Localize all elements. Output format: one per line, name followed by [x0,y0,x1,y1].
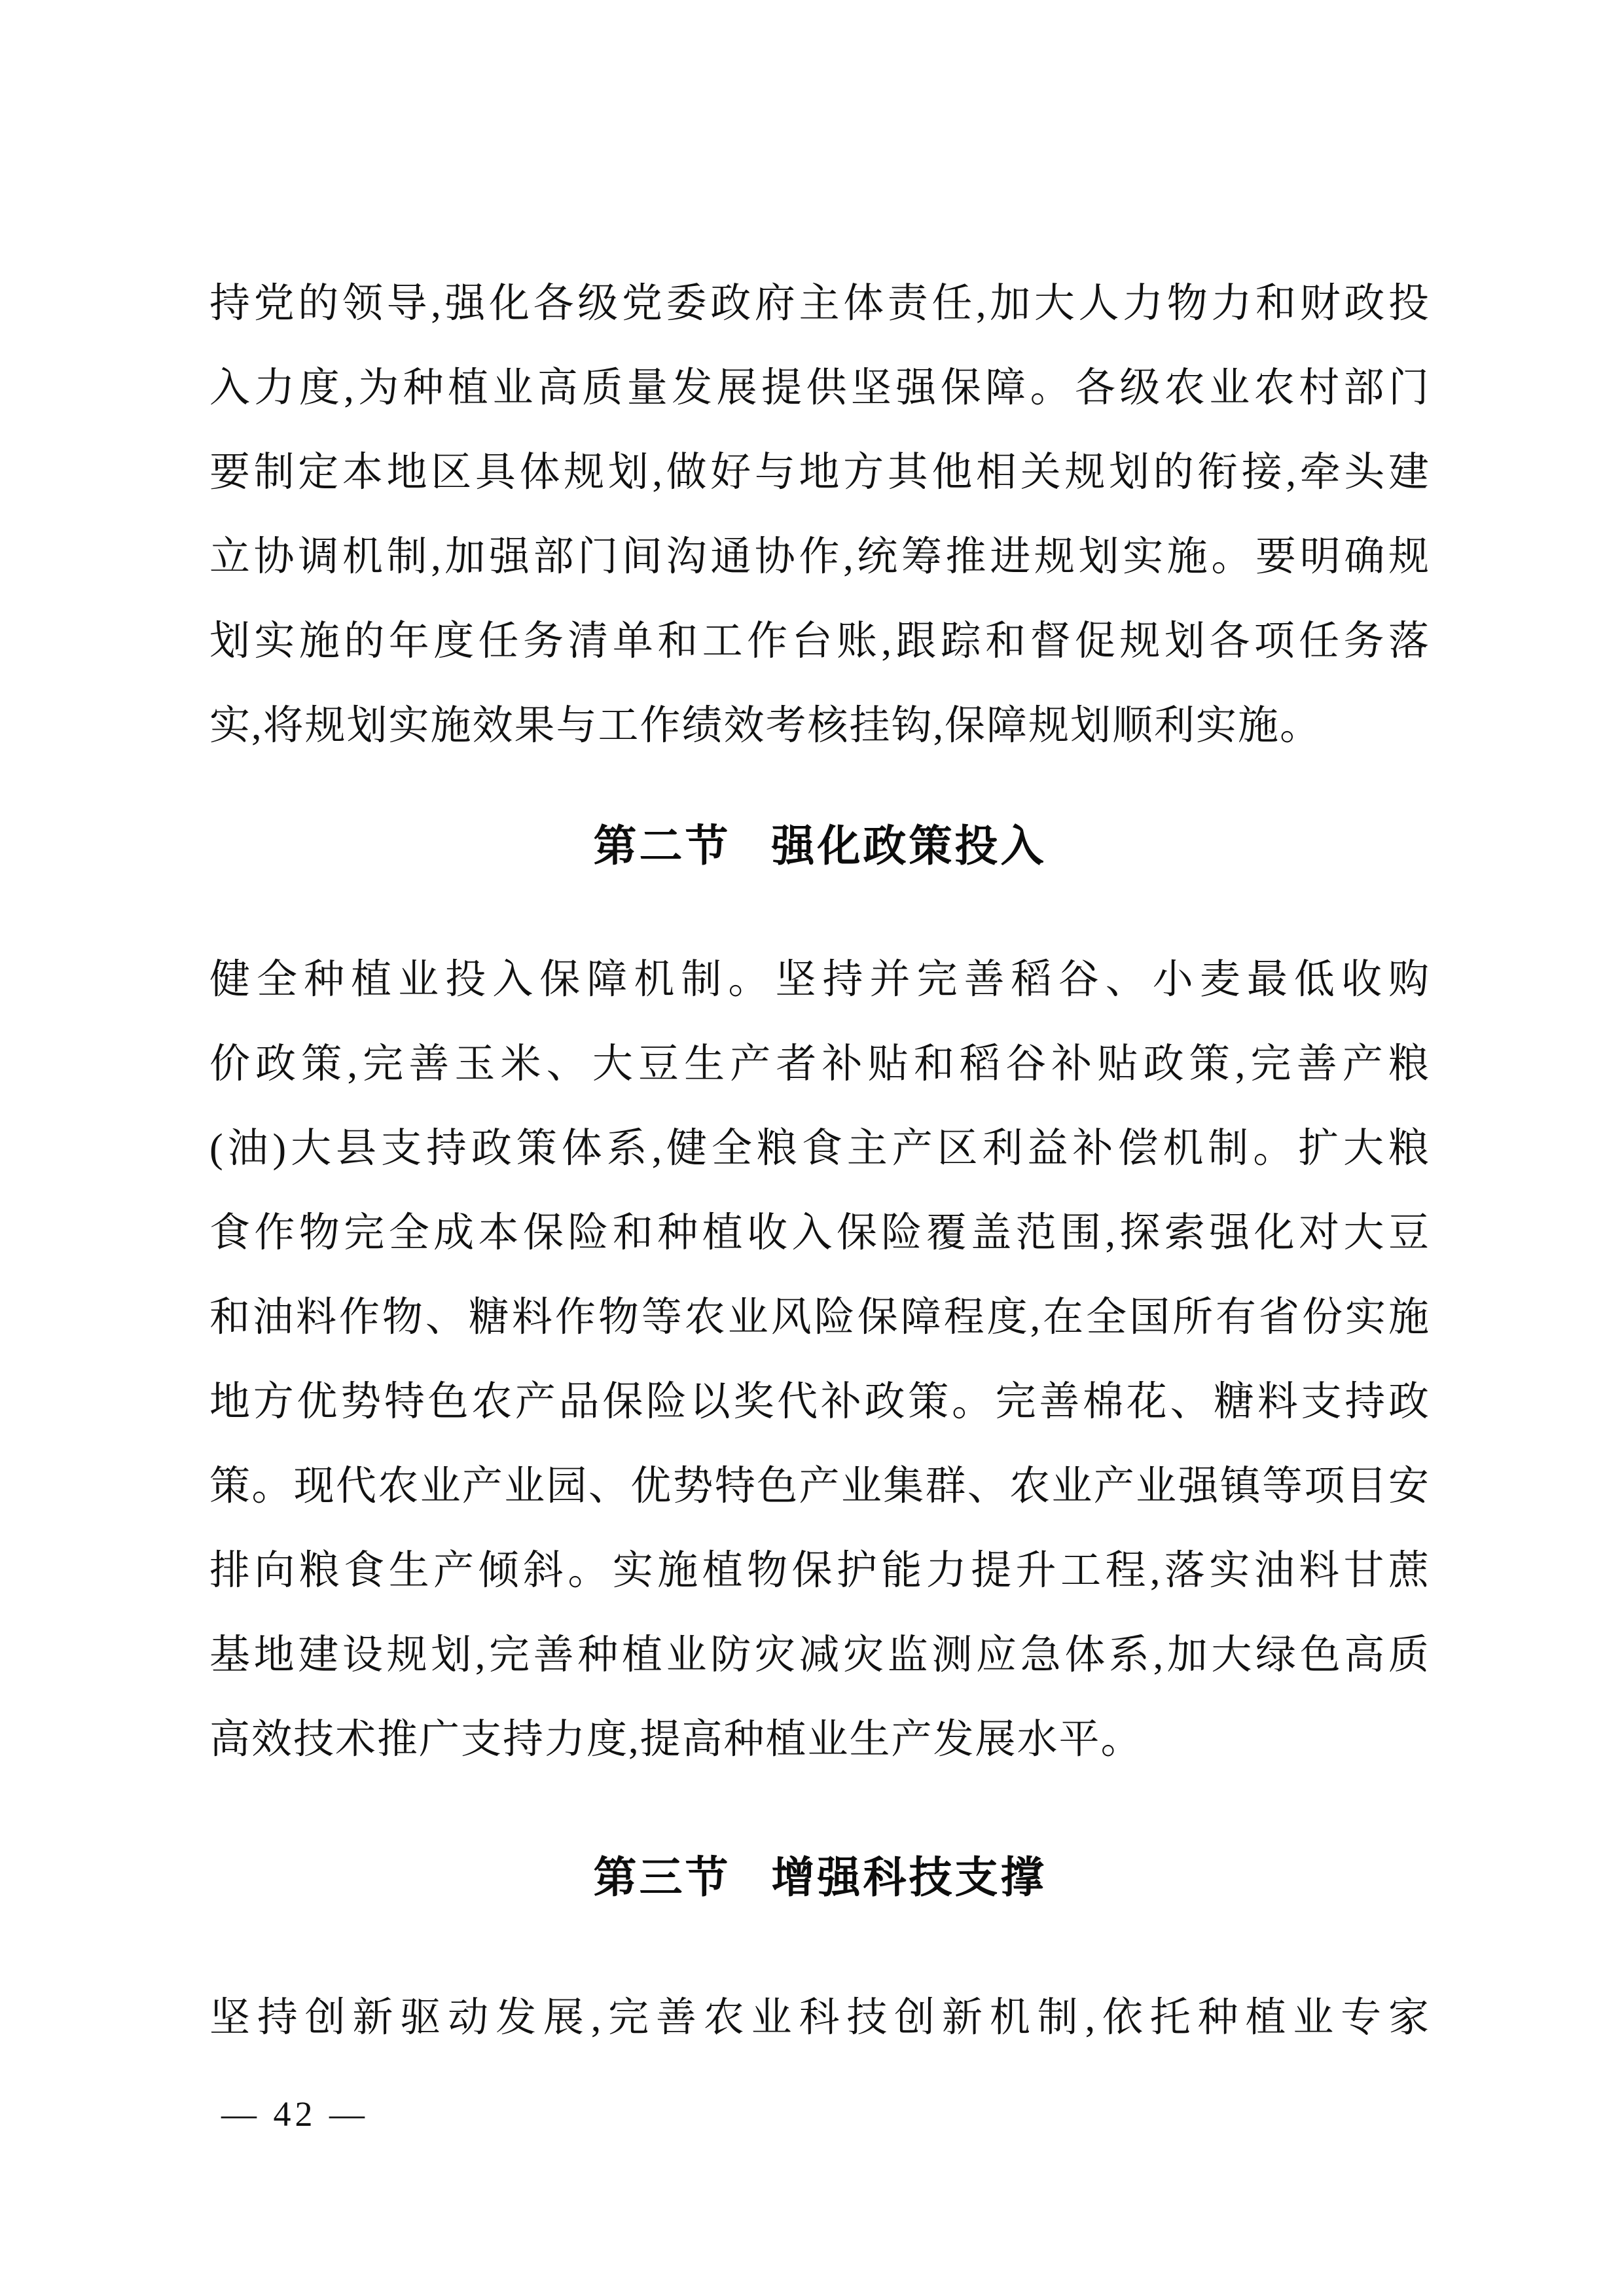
text-line: 食作物完全成本保险和种植收入保险覆盖范围,探索强化对大豆 [209,1191,1430,1276]
text-line: 健全种植业投入保障机制。坚持并完善稻谷、小麦最低收购 [209,938,1430,1022]
section-2-label: 第二节 [594,823,731,870]
document-page: 持党的领导,强化各级党委政府主体责任,加大人力物力和财政投入力度,为种植业高质量… [0,0,1624,2296]
paragraph-policy-investment: 健全种植业投入保障机制。坚持并完善稻谷、小麦最低收购价政策,完善玉米、大豆生产者… [209,938,1430,1782]
section-3-title: 增强科技支撑 [772,1854,1047,1902]
text-line: 排向粮食生产倾斜。实施植物保护能力提升工程,落实油料甘蔗 [209,1529,1430,1613]
text-line: 策。现代农业产业园、优势特色产业集群、农业产业强镇等项目安 [209,1444,1430,1529]
paragraph-continued: 持党的领导,强化各级党委政府主体责任,加大人力物力和财政投入力度,为种植业高质量… [209,262,1430,768]
section-heading-3: 第三节增强科技支撑 [209,1836,1430,1920]
text-line: 坚持创新驱动发展,完善农业科技创新机制,依托种植业专家 [209,1976,1430,2060]
text-line: 和油料作物、糖料作物等农业风险保障程度,在全国所有省份实施 [209,1276,1430,1360]
text-line: 基地建设规划,完善种植业防灾减灾监测应急体系,加大绿色高质 [209,1613,1430,1698]
text-line: 立协调机制,加强部门间沟通协作,统筹推进规划实施。要明确规 [209,515,1430,600]
text-line: 价政策,完善玉米、大豆生产者补贴和稻谷补贴政策,完善产粮 [209,1022,1430,1107]
page-number: — 42 — [221,2088,1430,2140]
text-line: 要制定本地区具体规划,做好与地方其他相关规划的衔接,牵头建 [209,431,1430,515]
text-line: 地方优势特色农产品保险以奖代补政策。完善棉花、糖料支持政 [209,1360,1430,1444]
text-line: 实,将规划实施效果与工作绩效考核挂钩,保障规划顺利实施。 [209,684,1430,768]
text-line: 划实施的年度任务清单和工作台账,跟踪和督促规划各项任务落 [209,600,1430,684]
text-line: (油)大县支持政策体系,健全粮食主产区利益补偿机制。扩大粮 [209,1107,1430,1191]
paragraph-science-tech: 坚持创新驱动发展,完善农业科技创新机制,依托种植业专家 [209,1976,1430,2060]
section-heading-2: 第二节强化政策投入 [209,804,1430,889]
section-3-label: 第三节 [594,1854,731,1902]
text-line: 入力度,为种植业高质量发展提供坚强保障。各级农业农村部门 [209,346,1430,431]
text-line: 持党的领导,强化各级党委政府主体责任,加大人力物力和财政投 [209,262,1430,346]
text-line: 高效技术推广支持力度,提高种植业生产发展水平。 [209,1698,1430,1782]
section-2-title: 强化政策投入 [772,823,1047,870]
